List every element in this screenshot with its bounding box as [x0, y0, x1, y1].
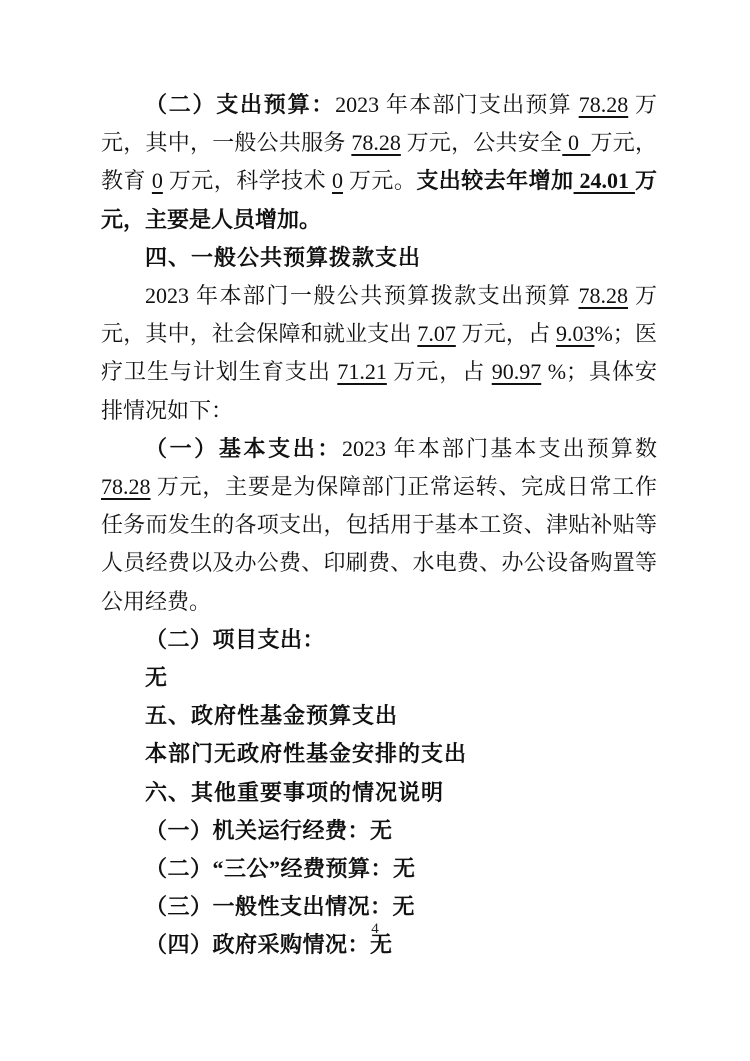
text-run: 万元，占 [387, 359, 492, 384]
text-run: 万元，公共安全 [401, 130, 562, 155]
heading-government-fund-budget: 五、政府性基金预算支出 [101, 697, 657, 735]
para-agency-operating-funds: （一）机关运行经费：无 [101, 812, 657, 850]
text-run: 2023 年本部门一般公共预算拨款支出预算 [145, 283, 579, 308]
para-basic-expenditure: （一）基本支出：2023 年本部门基本支出预算数 78.28 万元，主要是为保障… [101, 430, 657, 621]
emphasis-run: 支出较去年增加 [416, 168, 573, 193]
page-number: 4 [0, 921, 750, 938]
para-general-public-budget-detail: 2023 年本部门一般公共预算拨款支出预算 78.28 万元，其中，社会保障和就… [101, 277, 657, 430]
para-none: 无 [101, 659, 657, 697]
heading-general-public-budget-expenditure: 四、一般公共预算拨款支出 [101, 239, 657, 277]
underlined-value: 0 [562, 130, 590, 155]
underlined-value: 90.97 [492, 359, 542, 384]
text-run: 2023 年本部门基本支出预算数 [342, 436, 662, 461]
underlined-value: 78.28 [101, 474, 151, 499]
para-no-government-fund: 本部门无政府性基金安排的支出 [101, 735, 657, 773]
para-three-public-funds-budget: （二）“三公”经费预算：无 [101, 850, 657, 888]
run-in-heading: （二）支出预算： [145, 92, 335, 117]
underlined-value: 24.01 [574, 168, 635, 193]
underlined-value: 0 [332, 168, 343, 193]
document-body: （二）支出预算：2023 年本部门支出预算 78.28 万元，其中，一般公共服务… [101, 86, 657, 965]
underlined-value: 0 [152, 168, 163, 193]
underlined-value: 78.28 [579, 92, 629, 117]
underlined-value: 78.28 [351, 130, 401, 155]
underlined-value: 7.07 [417, 321, 456, 346]
text-run: 万元，主要是为保障部门正常运转、完成日常工作任务而发生的各项支出，包括用于基本工… [101, 474, 657, 614]
heading-other-important-matters: 六、其他重要事项的情况说明 [101, 774, 657, 812]
text-run: 万元。 [343, 168, 416, 193]
document-page: （二）支出预算：2023 年本部门支出预算 78.28 万元，其中，一般公共服务… [0, 0, 750, 1061]
text-run: 万元，科学技术 [163, 168, 332, 193]
para-project-expenditure: （二）项目支出： [101, 621, 657, 659]
underlined-value: 9.03 [556, 321, 595, 346]
text-run: 万元，占 [456, 321, 556, 346]
run-in-heading: （一）基本支出： [145, 436, 342, 461]
text-run: 2023 年本部门支出预算 [335, 92, 579, 117]
underlined-value: 78.28 [579, 283, 629, 308]
underlined-value: 71.21 [337, 359, 387, 384]
para-expenditure-budget: （二）支出预算：2023 年本部门支出预算 78.28 万元，其中，一般公共服务… [101, 86, 657, 239]
